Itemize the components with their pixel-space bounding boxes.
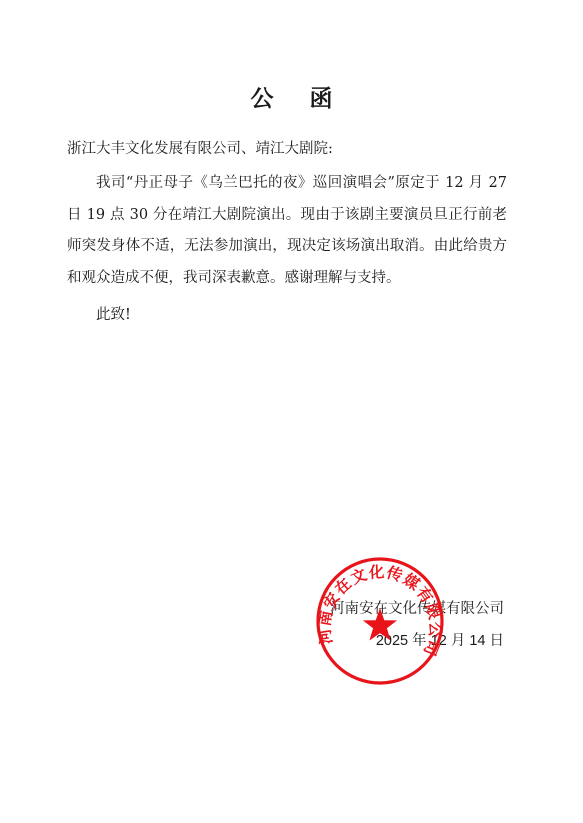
addressee: 浙江大丰文化发展有限公司、靖江大剧院:	[67, 137, 333, 158]
closing: 此致!	[96, 303, 131, 324]
official-seal: 河南安在文化传媒有限公司	[314, 555, 446, 687]
letter-page: 公 函 浙江大丰文化发展有限公司、靖江大剧院: 我司“丹正母子《乌兰巴托的夜》巡…	[0, 0, 583, 823]
signature-organization: 河南安在文化传媒有限公司	[330, 597, 504, 618]
document-title: 公 函	[0, 80, 583, 113]
body-paragraph: 我司“丹正母子《乌兰巴托的夜》巡回演唱会”原定于 12 月 27 日 19 点 …	[67, 168, 507, 294]
signature-date: 2025 年 12 月 14 日	[376, 629, 504, 650]
